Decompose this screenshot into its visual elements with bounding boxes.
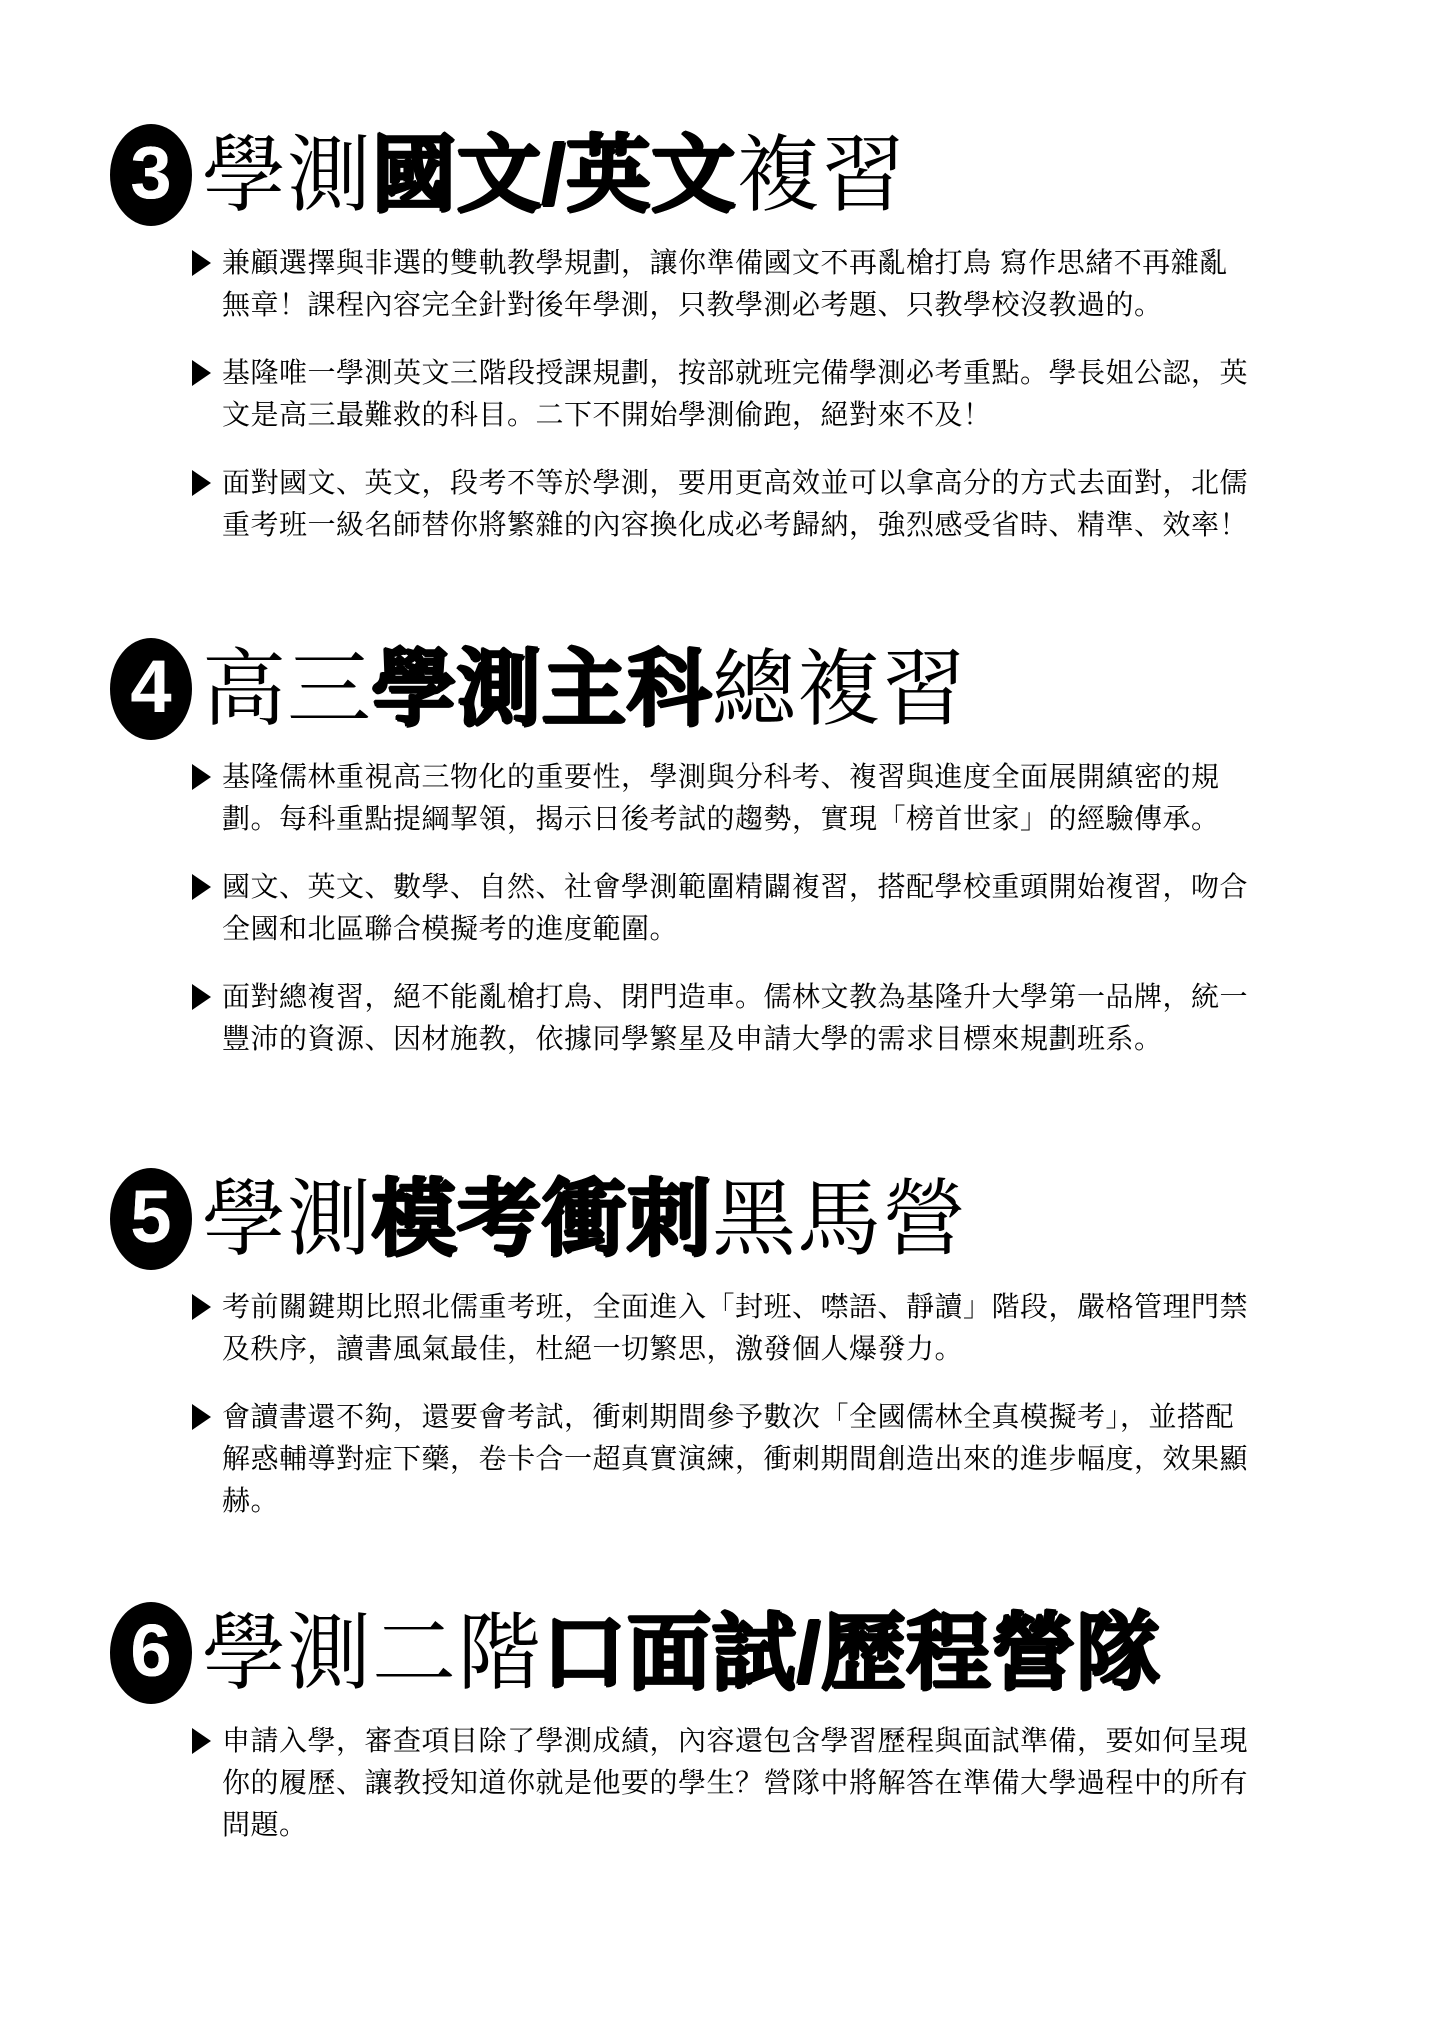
title-regular: 複習	[736, 128, 906, 222]
section-number-badge: 3	[110, 124, 192, 226]
title-regular: 學測	[202, 1172, 372, 1266]
bullet-item: 考前關鍵期比照北儒重考班，全面進入「封班、噤語、靜讀」階段，嚴格管理門禁及秩序，…	[192, 1286, 1254, 1370]
title-bold: 口面試/歷程營隊	[542, 1606, 1161, 1700]
bullet-list: 考前關鍵期比照北儒重考班，全面進入「封班、噤語、靜讀」階段，嚴格管理門禁及秩序，…	[192, 1286, 1254, 1522]
bullet-item: 基隆儒林重視高三物化的重要性，學測與分科考、複習與進度全面展開縝密的規劃。每科重…	[192, 756, 1254, 840]
section-header: 5 學測模考衝刺黑馬營	[110, 1168, 1254, 1270]
bullet-list: 申請入學，審查項目除了學測成績，內容還包含學習歷程與面試準備，要如何呈現你的履歷…	[192, 1720, 1254, 1846]
bullet-item: 基隆唯一學測英文三階段授課規劃，按部就班完備學測必考重點。學長姐公認，英文是高三…	[192, 352, 1254, 436]
bullet-text: 兼顧選擇與非選的雙軌教學規劃，讓你準備國文不再亂槍打鳥 寫作思緒不再雜亂無章！課…	[222, 247, 1228, 320]
section-title: 學測二階口面試/歷程營隊	[202, 1608, 1161, 1699]
triangle-bullet-icon	[192, 360, 211, 386]
bullet-item: 面對國文、英文，段考不等於學測，要用更高效並可以拿高分的方式去面對，北儒重考班一…	[192, 462, 1254, 546]
triangle-bullet-icon	[192, 1728, 211, 1754]
bullet-text: 申請入學，審查項目除了學測成績，內容還包含學習歷程與面試準備，要如何呈現你的履歷…	[222, 1725, 1248, 1840]
triangle-bullet-icon	[192, 1404, 211, 1430]
section-3-guowen-yingwen-review: 3 學測國文/英文複習 兼顧選擇與非選的雙軌教學規劃，讓你準備國文不再亂槍打鳥 …	[110, 0, 1254, 546]
triangle-bullet-icon	[192, 984, 211, 1010]
title-bold: 模考衝刺	[372, 1172, 712, 1266]
bullet-list: 基隆儒林重視高三物化的重要性，學測與分科考、複習與進度全面展開縝密的規劃。每科重…	[192, 756, 1254, 1060]
bullet-text: 考前關鍵期比照北儒重考班，全面進入「封班、噤語、靜讀」階段，嚴格管理門禁及秩序，…	[222, 1291, 1248, 1364]
title-bold: 國文/英文	[372, 128, 736, 222]
title-regular: 總複習	[712, 642, 967, 736]
bullet-text: 面對總複習，絕不能亂槍打鳥、閉門造車。儒林文教為基隆升大學第一品牌，統一豐沛的資…	[222, 981, 1248, 1054]
section-header: 3 學測國文/英文複習	[110, 124, 1254, 226]
bullet-item: 兼顧選擇與非選的雙軌教學規劃，讓你準備國文不再亂槍打鳥 寫作思緒不再雜亂無章！課…	[192, 242, 1254, 326]
section-title: 學測模考衝刺黑馬營	[202, 1174, 967, 1265]
bullet-text: 國文、英文、數學、自然、社會學測範圍精闢複習，搭配學校重頭開始複習，吻合全國和北…	[222, 871, 1248, 944]
bullet-item: 國文、英文、數學、自然、社會學測範圍精闢複習，搭配學校重頭開始複習，吻合全國和北…	[192, 866, 1254, 950]
section-title: 學測國文/英文複習	[202, 130, 906, 221]
triangle-bullet-icon	[192, 764, 211, 790]
triangle-bullet-icon	[192, 874, 211, 900]
triangle-bullet-icon	[192, 250, 211, 276]
triangle-bullet-icon	[192, 1294, 211, 1320]
section-number-badge: 6	[110, 1602, 192, 1704]
title-bold: 學測主科	[372, 642, 712, 736]
section-6-erjie-mianshi-licheng-camp: 6 學測二階口面試/歷程營隊 申請入學，審查項目除了學測成績，內容還包含學習歷程…	[110, 1522, 1254, 1846]
bullet-text: 基隆儒林重視高三物化的重要性，學測與分科考、複習與進度全面展開縝密的規劃。每科重…	[222, 761, 1220, 834]
section-number-badge: 5	[110, 1168, 192, 1270]
triangle-bullet-icon	[192, 470, 211, 496]
section-number-badge: 4	[110, 638, 192, 740]
section-4-zhuke-zongfuxi: 4 高三學測主科總複習 基隆儒林重視高三物化的重要性，學測與分科考、複習與進度全…	[110, 546, 1254, 1060]
bullet-list: 兼顧選擇與非選的雙軌教學規劃，讓你準備國文不再亂槍打鳥 寫作思緒不再雜亂無章！課…	[192, 242, 1254, 546]
section-header: 4 高三學測主科總複習	[110, 638, 1254, 740]
bullet-item: 會讀書還不夠，還要會考試，衝刺期間參予數次「全國儒林全真模擬考」，並搭配解惑輔導…	[192, 1396, 1254, 1522]
title-regular: 高三	[202, 642, 372, 736]
bullet-text: 會讀書還不夠，還要會考試，衝刺期間參予數次「全國儒林全真模擬考」，並搭配解惑輔導…	[222, 1401, 1248, 1516]
title-regular: 學測二階	[202, 1606, 542, 1700]
title-regular: 黑馬營	[712, 1172, 967, 1266]
flyer-page: 3 學測國文/英文複習 兼顧選擇與非選的雙軌教學規劃，讓你準備國文不再亂槍打鳥 …	[0, 0, 1440, 2038]
title-regular: 學測	[202, 128, 372, 222]
bullet-text: 基隆唯一學測英文三階段授課規劃，按部就班完備學測必考重點。學長姐公認，英文是高三…	[222, 357, 1248, 430]
section-5-mokao-chongci-heima-camp: 5 學測模考衝刺黑馬營 考前關鍵期比照北儒重考班，全面進入「封班、噤語、靜讀」階…	[110, 1060, 1254, 1522]
bullet-item: 面對總複習，絕不能亂槍打鳥、閉門造車。儒林文教為基隆升大學第一品牌，統一豐沛的資…	[192, 976, 1254, 1060]
bullet-text: 面對國文、英文，段考不等於學測，要用更高效並可以拿高分的方式去面對，北儒重考班一…	[222, 467, 1248, 540]
section-header: 6 學測二階口面試/歷程營隊	[110, 1602, 1254, 1704]
section-title: 高三學測主科總複習	[202, 644, 967, 735]
bullet-item: 申請入學，審查項目除了學測成績，內容還包含學習歷程與面試準備，要如何呈現你的履歷…	[192, 1720, 1254, 1846]
